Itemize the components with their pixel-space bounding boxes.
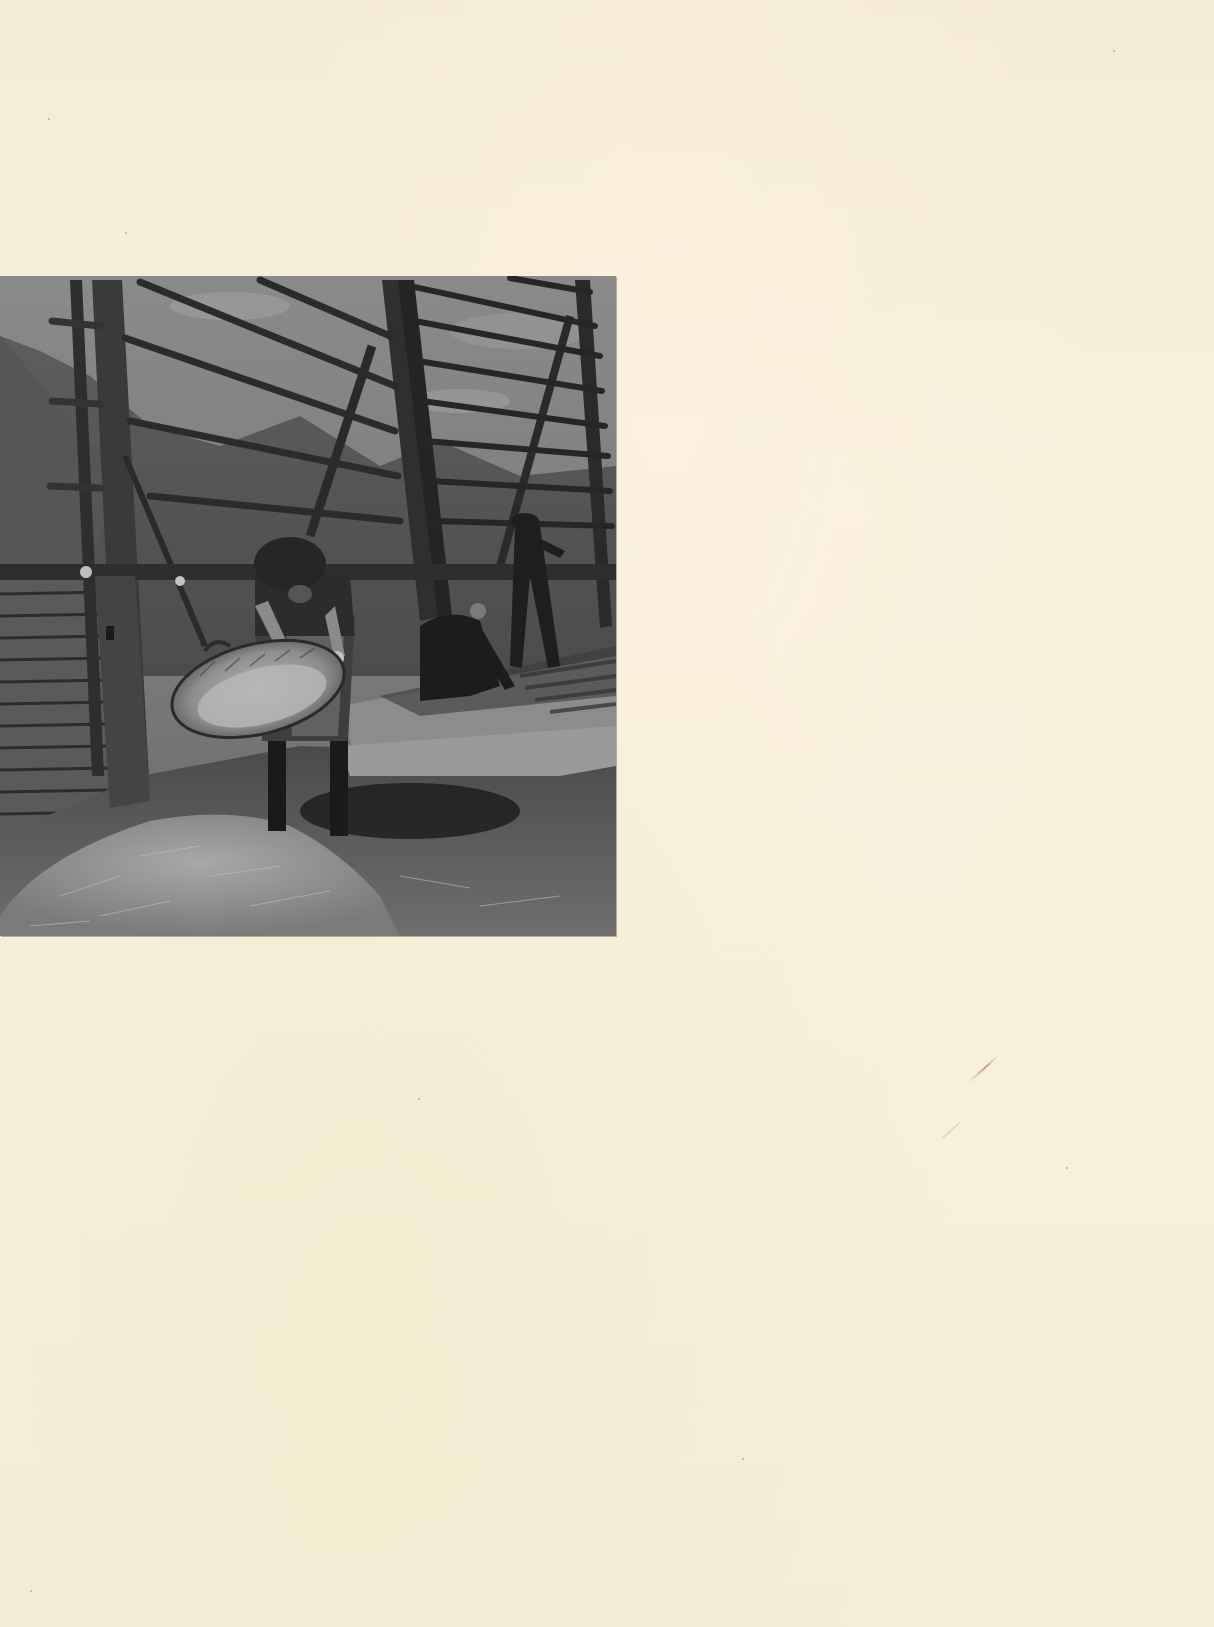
paper-scratch xyxy=(942,1123,959,1138)
paper-speck xyxy=(742,1458,744,1460)
paper-speck xyxy=(1066,1167,1068,1169)
paper-speck xyxy=(1113,50,1115,52)
headscarf xyxy=(254,537,326,591)
post-notch xyxy=(106,626,114,640)
rail-end xyxy=(175,576,185,586)
paper-speck xyxy=(48,118,50,120)
paper-speck xyxy=(125,232,127,234)
paper-speck xyxy=(30,1590,32,1592)
mounted-photograph xyxy=(0,276,616,936)
album-page xyxy=(0,0,1214,1627)
paper-scratch xyxy=(967,1055,998,1083)
paper-speck xyxy=(418,1098,420,1100)
face xyxy=(288,585,312,603)
rail-end xyxy=(80,566,92,578)
